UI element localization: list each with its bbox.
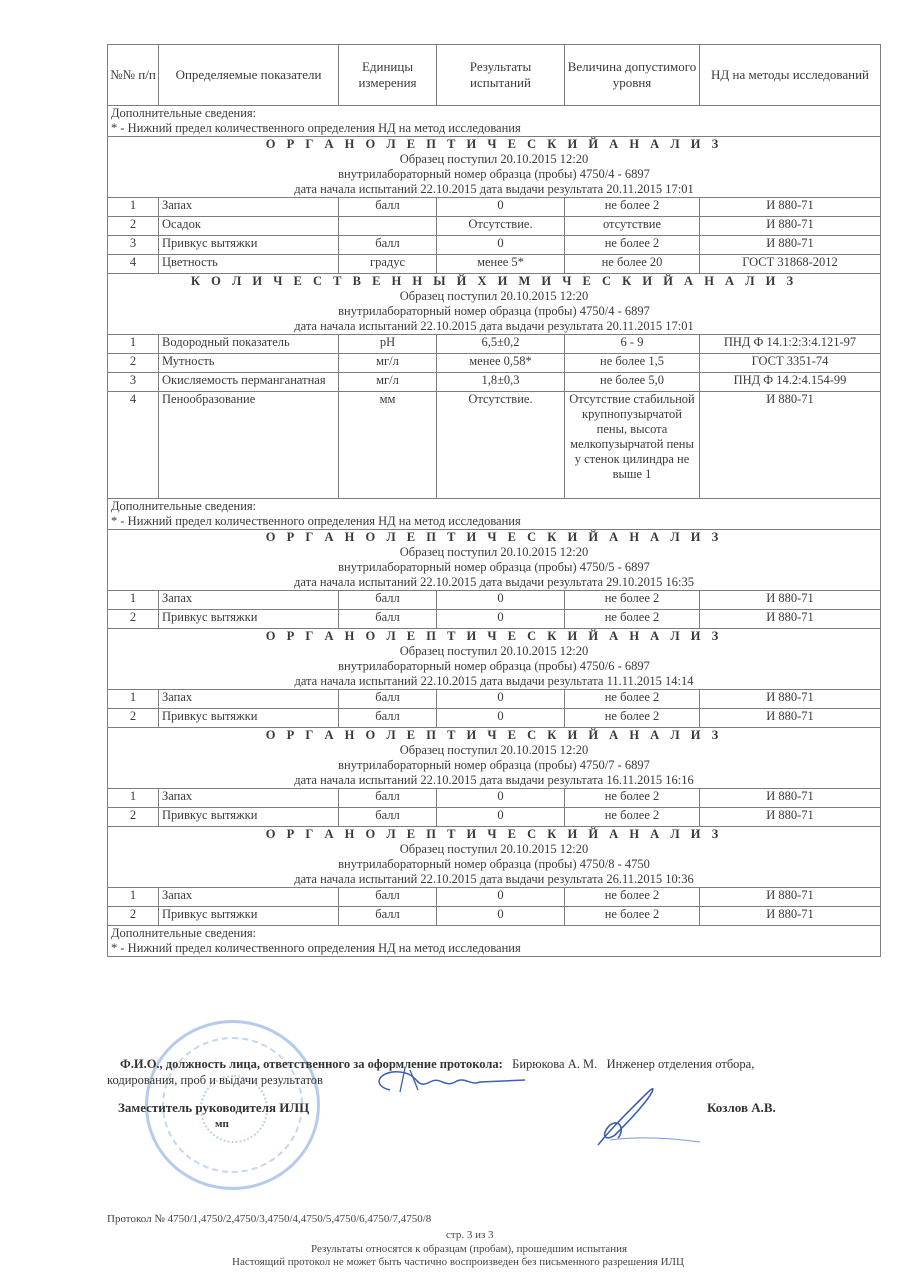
permissible-level: не более 20: [565, 255, 700, 274]
test-dates: дата начала испытаний 22.10.2015 дата вы…: [111, 872, 877, 887]
method-reference: И 880-71: [700, 591, 881, 610]
test-dates: дата начала испытаний 22.10.2015 дата вы…: [111, 575, 877, 590]
result-value: 0: [437, 198, 565, 217]
permissible-level: не более 5,0: [565, 373, 700, 392]
row-number: 1: [108, 335, 159, 354]
test-dates: дата начала испытаний 22.10.2015 дата вы…: [111, 319, 877, 334]
header-number: №№ п/п: [108, 45, 159, 106]
row-number: 3: [108, 236, 159, 255]
result-value: 0: [437, 789, 565, 808]
section-header: О Р Г А Н О Л Е П Т И Ч Е С К И Й А Н А …: [108, 629, 881, 690]
result-value: 0: [437, 907, 565, 926]
permissible-level: не более 2: [565, 789, 700, 808]
row-number: 1: [108, 789, 159, 808]
result-value: менее 5*: [437, 255, 565, 274]
row-number: 3: [108, 373, 159, 392]
method-reference: И 880-71: [700, 690, 881, 709]
unit: мм: [339, 392, 437, 499]
signature-kozlov: [590, 1080, 710, 1150]
result-value: 0: [437, 808, 565, 827]
section-title: О Р Г А Н О Л Е П Т И Ч Е С К И Й А Н А …: [111, 530, 877, 545]
permissible-level: 6 - 9: [565, 335, 700, 354]
indicator-name: Запах: [159, 690, 339, 709]
row-number: 4: [108, 392, 159, 499]
unit: балл: [339, 236, 437, 255]
table-row: 1Запахбалл0не более 2И 880-71: [108, 789, 881, 808]
section-header: О Р Г А Н О Л Е П Т И Ч Е С К И Й А Н А …: [108, 137, 881, 198]
stamp-label: мп: [215, 1118, 229, 1130]
indicator-name: Пенообразование: [159, 392, 339, 499]
table-row: 2Мутностьмг/лменее 0,58*не более 1,5ГОСТ…: [108, 354, 881, 373]
sample-received: Образец поступил 20.10.2015 12:20: [111, 743, 877, 758]
sample-received: Образец поступил 20.10.2015 12:20: [111, 289, 877, 304]
row-number: 2: [108, 709, 159, 728]
table-row: 1Запахбалл0не более 2И 880-71: [108, 888, 881, 907]
unit: балл: [339, 610, 437, 629]
unit: балл: [339, 888, 437, 907]
result-value: 0: [437, 888, 565, 907]
sample-number: внутрилабораторный номер образца (пробы)…: [111, 857, 877, 872]
footer-note-reproduction: Настоящий протокол не может быть частичн…: [232, 1256, 684, 1268]
table-row: 1Водородный показательpH6,5±0,26 - 9ПНД …: [108, 335, 881, 354]
unit: балл: [339, 789, 437, 808]
method-reference: И 880-71: [700, 217, 881, 236]
permissible-level: Отсутствие стабильной крупнопузырчатой п…: [565, 392, 700, 499]
notes-label: Дополнительные сведения:: [111, 926, 877, 941]
header-results: Результаты испытаний: [437, 45, 565, 106]
section-title: О Р Г А Н О Л Е П Т И Ч Е С К И Й А Н А …: [111, 137, 877, 152]
header-permissible-level: Величина допустимого уровня: [565, 45, 700, 106]
notes-top: Дополнительные сведения: * - Нижний пред…: [108, 106, 881, 137]
table-row: 3Окисляемость перманганатнаямг/л1,8±0,3н…: [108, 373, 881, 392]
sample-received: Образец поступил 20.10.2015 12:20: [111, 644, 877, 659]
unit: балл: [339, 198, 437, 217]
sample-number: внутрилабораторный номер образца (пробы)…: [111, 758, 877, 773]
indicator-name: Привкус вытяжки: [159, 808, 339, 827]
deputy-name: Козлов А.В.: [707, 1100, 776, 1116]
indicator-name: Запах: [159, 789, 339, 808]
table-row: 2Привкус вытяжкибалл0не более 2И 880-71: [108, 907, 881, 926]
table-row: 2ОсадокОтсутствие.отсутствиеИ 880-71: [108, 217, 881, 236]
sample-number: внутрилабораторный номер образца (пробы)…: [111, 659, 877, 674]
indicator-name: Привкус вытяжки: [159, 709, 339, 728]
test-dates: дата начала испытаний 22.10.2015 дата вы…: [111, 182, 877, 197]
header-indicator: Определяемые показатели: [159, 45, 339, 106]
method-reference: И 880-71: [700, 236, 881, 255]
row-number: 1: [108, 591, 159, 610]
notes-text: * - Нижний предел количественного опреде…: [111, 941, 877, 956]
row-number: 2: [108, 808, 159, 827]
sample-received: Образец поступил 20.10.2015 12:20: [111, 842, 877, 857]
table-row: 1Запахбалл0не более 2И 880-71: [108, 198, 881, 217]
result-value: Отсутствие.: [437, 217, 565, 236]
table-header-row: №№ п/п Определяемые показатели Единицы и…: [108, 45, 881, 106]
indicator-name: Окисляемость перманганатная: [159, 373, 339, 392]
table-row: 1Запахбалл0не более 2И 880-71: [108, 591, 881, 610]
section-title: К О Л И Ч Е С Т В Е Н Н Ы Й Х И М И Ч Е …: [111, 274, 877, 289]
indicator-name: Запах: [159, 591, 339, 610]
notes-label: Дополнительные сведения:: [111, 499, 877, 514]
permissible-level: не более 2: [565, 907, 700, 926]
footer-note-results: Результаты относятся к образцам (пробам)…: [311, 1243, 627, 1255]
indicator-name: Привкус вытяжки: [159, 610, 339, 629]
table-row: 3Привкус вытяжкибалл0не более 2И 880-71: [108, 236, 881, 255]
method-reference: И 880-71: [700, 907, 881, 926]
responsible-position: Инженер отделения отбора,: [607, 1057, 755, 1071]
result-value: 0: [437, 610, 565, 629]
sample-received: Образец поступил 20.10.2015 12:20: [111, 545, 877, 560]
unit: балл: [339, 709, 437, 728]
permissible-level: отсутствие: [565, 217, 700, 236]
test-dates: дата начала испытаний 22.10.2015 дата вы…: [111, 773, 877, 788]
notes-text: * - Нижний предел количественного опреде…: [111, 514, 877, 529]
method-reference: И 880-71: [700, 198, 881, 217]
sample-number: внутрилабораторный номер образца (пробы)…: [111, 167, 877, 182]
notes-bottom: Дополнительные сведения:* - Нижний преде…: [108, 926, 881, 957]
permissible-level: не более 2: [565, 591, 700, 610]
permissible-level: не более 2: [565, 888, 700, 907]
permissible-level: не более 2: [565, 236, 700, 255]
indicator-name: Запах: [159, 198, 339, 217]
row-number: 1: [108, 690, 159, 709]
notes-mid: Дополнительные сведения:* - Нижний преде…: [108, 499, 881, 530]
table-row: 2Привкус вытяжкибалл0не более 2И 880-71: [108, 808, 881, 827]
permissible-level: не более 2: [565, 198, 700, 217]
header-units: Единицы измерения: [339, 45, 437, 106]
section-title: О Р Г А Н О Л Е П Т И Ч Е С К И Й А Н А …: [111, 827, 877, 842]
protocol-number: Протокол № 4750/1,4750/2,4750/3,4750/4,4…: [107, 1213, 431, 1225]
indicator-name: Водородный показатель: [159, 335, 339, 354]
row-number: 2: [108, 610, 159, 629]
method-reference: И 880-71: [700, 808, 881, 827]
result-value: 6,5±0,2: [437, 335, 565, 354]
signature-biryukova: [360, 1060, 530, 1105]
row-number: 2: [108, 217, 159, 236]
sample-number: внутрилабораторный номер образца (пробы)…: [111, 304, 877, 319]
result-value: Отсутствие.: [437, 392, 565, 499]
result-value: 0: [437, 709, 565, 728]
method-reference: И 880-71: [700, 610, 881, 629]
section-title: О Р Г А Н О Л Е П Т И Ч Е С К И Й А Н А …: [111, 728, 877, 743]
indicator-name: Привкус вытяжки: [159, 907, 339, 926]
result-value: 0: [437, 690, 565, 709]
row-number: 2: [108, 907, 159, 926]
unit: мг/л: [339, 354, 437, 373]
sample-number: внутрилабораторный номер образца (пробы)…: [111, 560, 877, 575]
method-reference: И 880-71: [700, 789, 881, 808]
row-number: 4: [108, 255, 159, 274]
sample-received: Образец поступил 20.10.2015 12:20: [111, 152, 877, 167]
test-dates: дата начала испытаний 22.10.2015 дата вы…: [111, 674, 877, 689]
method-reference: ГОСТ 31868-2012: [700, 255, 881, 274]
section-header: О Р Г А Н О Л Е П Т И Ч Е С К И Й А Н А …: [108, 530, 881, 591]
permissible-level: не более 2: [565, 610, 700, 629]
results-table: №№ п/п Определяемые показатели Единицы и…: [107, 44, 881, 957]
deputy-label: Заместитель руководителя ИЛЦ: [118, 1100, 309, 1116]
permissible-level: не более 2: [565, 690, 700, 709]
unit: мг/л: [339, 373, 437, 392]
table-row: 2Привкус вытяжкибалл0не более 2И 880-71: [108, 610, 881, 629]
page-number: стр. 3 из 3: [446, 1229, 494, 1241]
indicator-name: Запах: [159, 888, 339, 907]
result-value: 0: [437, 591, 565, 610]
table-row: 4Цветностьградусменее 5*не более 20ГОСТ …: [108, 255, 881, 274]
table-row: 1Запахбалл0не более 2И 880-71: [108, 690, 881, 709]
notes-label: Дополнительные сведения:: [111, 106, 877, 121]
unit: балл: [339, 591, 437, 610]
row-number: 1: [108, 888, 159, 907]
indicator-name: Привкус вытяжки: [159, 236, 339, 255]
indicator-name: Цветность: [159, 255, 339, 274]
section-header: О Р Г А Н О Л Е П Т И Ч Е С К И Й А Н А …: [108, 728, 881, 789]
row-number: 1: [108, 198, 159, 217]
indicator-name: Осадок: [159, 217, 339, 236]
table-row: 4ПенообразованиеммОтсутствие.Отсутствие …: [108, 392, 881, 499]
responsible-position-line2: кодирования, проб и выдачи результатов: [107, 1073, 323, 1088]
section-header: К О Л И Ч Е С Т В Е Н Н Ы Й Х И М И Ч Е …: [108, 274, 881, 335]
result-value: 0: [437, 236, 565, 255]
method-reference: ПНД Ф 14.1:2:3:4.121-97: [700, 335, 881, 354]
unit: балл: [339, 690, 437, 709]
method-reference: И 880-71: [700, 888, 881, 907]
row-number: 2: [108, 354, 159, 373]
header-method: НД на методы исследований: [700, 45, 881, 106]
unit: [339, 217, 437, 236]
indicator-name: Мутность: [159, 354, 339, 373]
section-header: О Р Г А Н О Л Е П Т И Ч Е С К И Й А Н А …: [108, 827, 881, 888]
method-reference: И 880-71: [700, 392, 881, 499]
unit: pH: [339, 335, 437, 354]
method-reference: ПНД Ф 14.2:4.154-99: [700, 373, 881, 392]
unit: балл: [339, 907, 437, 926]
result-value: 1,8±0,3: [437, 373, 565, 392]
permissible-level: не более 2: [565, 709, 700, 728]
permissible-level: не более 2: [565, 808, 700, 827]
permissible-level: не более 1,5: [565, 354, 700, 373]
result-value: менее 0,58*: [437, 354, 565, 373]
method-reference: И 880-71: [700, 709, 881, 728]
section-title: О Р Г А Н О Л Е П Т И Ч Е С К И Й А Н А …: [111, 629, 877, 644]
method-reference: ГОСТ 3351-74: [700, 354, 881, 373]
unit: балл: [339, 808, 437, 827]
unit: градус: [339, 255, 437, 274]
table-row: 2Привкус вытяжкибалл0не более 2И 880-71: [108, 709, 881, 728]
notes-text: * - Нижний предел количественного опреде…: [111, 121, 877, 136]
